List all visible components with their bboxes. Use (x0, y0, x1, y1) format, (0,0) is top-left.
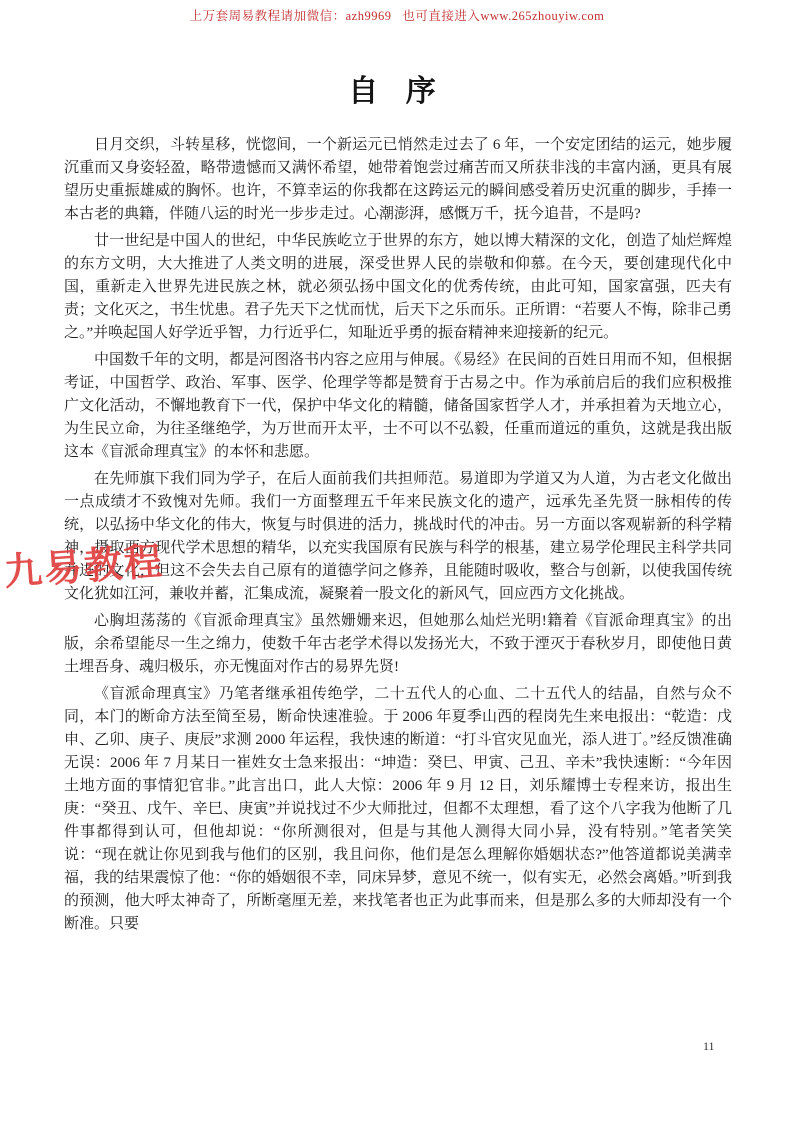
page-number: 11 (703, 1039, 715, 1054)
document-page: 上万套周易教程请加微信：azh9969 也可直接进入www.265zhouyiw… (0, 0, 794, 1123)
page-title: 自 序 (0, 66, 794, 110)
body-paragraph: 廿一世纪是中国人的世纪，中华民族屹立于世界的东方，她以博大精深的文化，创造了灿烂… (64, 230, 732, 345)
body-paragraph: 中国数千年的文明，都是河图洛书内容之应用与伸展。《易经》在民间的百姓日用而不知，… (64, 349, 732, 464)
body-paragraph: 心胸坦荡荡的《盲派命理真宝》虽然姗姗来迟，但她那么灿烂光明!籍着《盲派命理真宝》… (64, 610, 732, 679)
body-paragraph: 在先师旗下我们同为学子，在后人面前我们共担师范。易道即为学道又为人道，为古老文化… (64, 468, 732, 606)
watermark: 九易教程 (2, 530, 165, 596)
header-promo-text: 上万套周易教程请加微信：azh9969 也可直接进入www.265zhouyiw… (0, 6, 794, 24)
body-text-block: 日月交织，斗转星移，恍惚间，一个新运元已悄然走过去了 6 年，一个安定团结的运元… (64, 134, 732, 940)
body-paragraph: 日月交织，斗转星移，恍惚间，一个新运元已悄然走过去了 6 年，一个安定团结的运元… (64, 134, 732, 226)
body-paragraph: 《盲派命理真宝》乃笔者继承祖传绝学，二十五代人的心血、二十五代人的结晶，自然与众… (64, 683, 732, 936)
